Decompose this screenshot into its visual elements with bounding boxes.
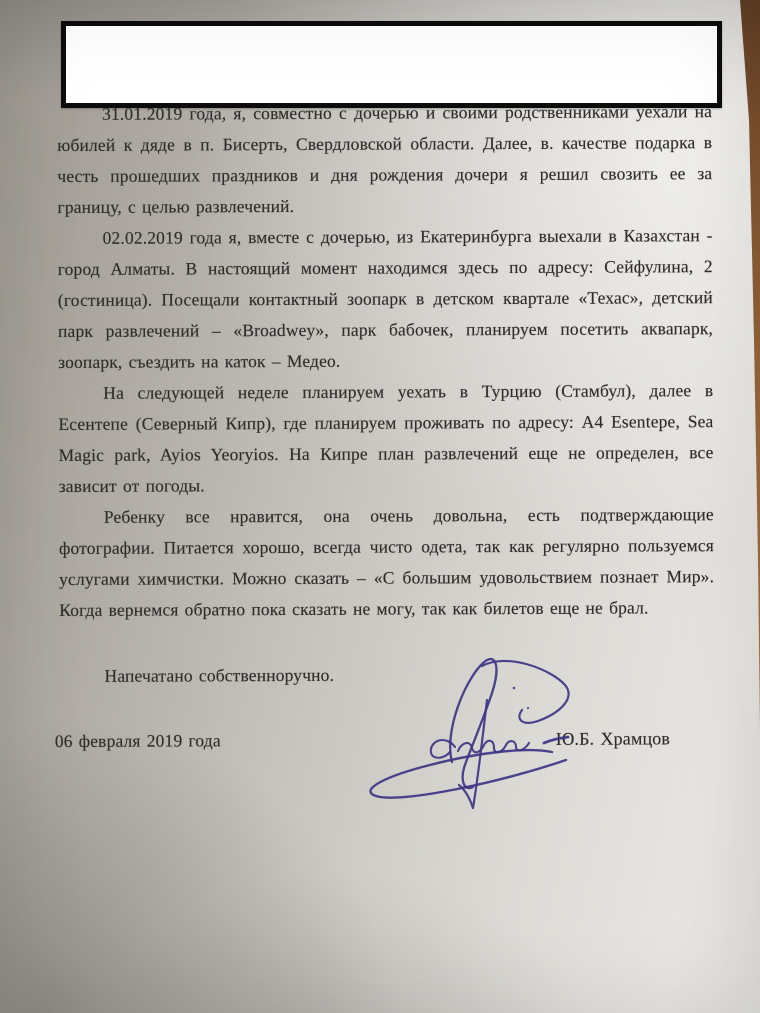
- paragraph: Ребенку все нравится, она очень довольна…: [59, 499, 715, 626]
- document-photo: 31.01.2019 года, я, совместно с дочерью …: [0, 0, 760, 1013]
- date-line: 06 февраля 2019 года: [55, 730, 221, 751]
- redaction-box: [61, 21, 722, 108]
- handwritten-signature: [352, 648, 592, 820]
- paragraph: 31.01.2019 года, я, совместно с дочерью …: [57, 96, 713, 223]
- paper-sheet: 31.01.2019 года, я, совместно с дочерью …: [0, 0, 760, 1013]
- paragraph: На следующей неделе планируем уехать в Т…: [58, 375, 714, 502]
- paragraph: 02.02.2019 года я, вместе с дочерью, из …: [58, 220, 714, 378]
